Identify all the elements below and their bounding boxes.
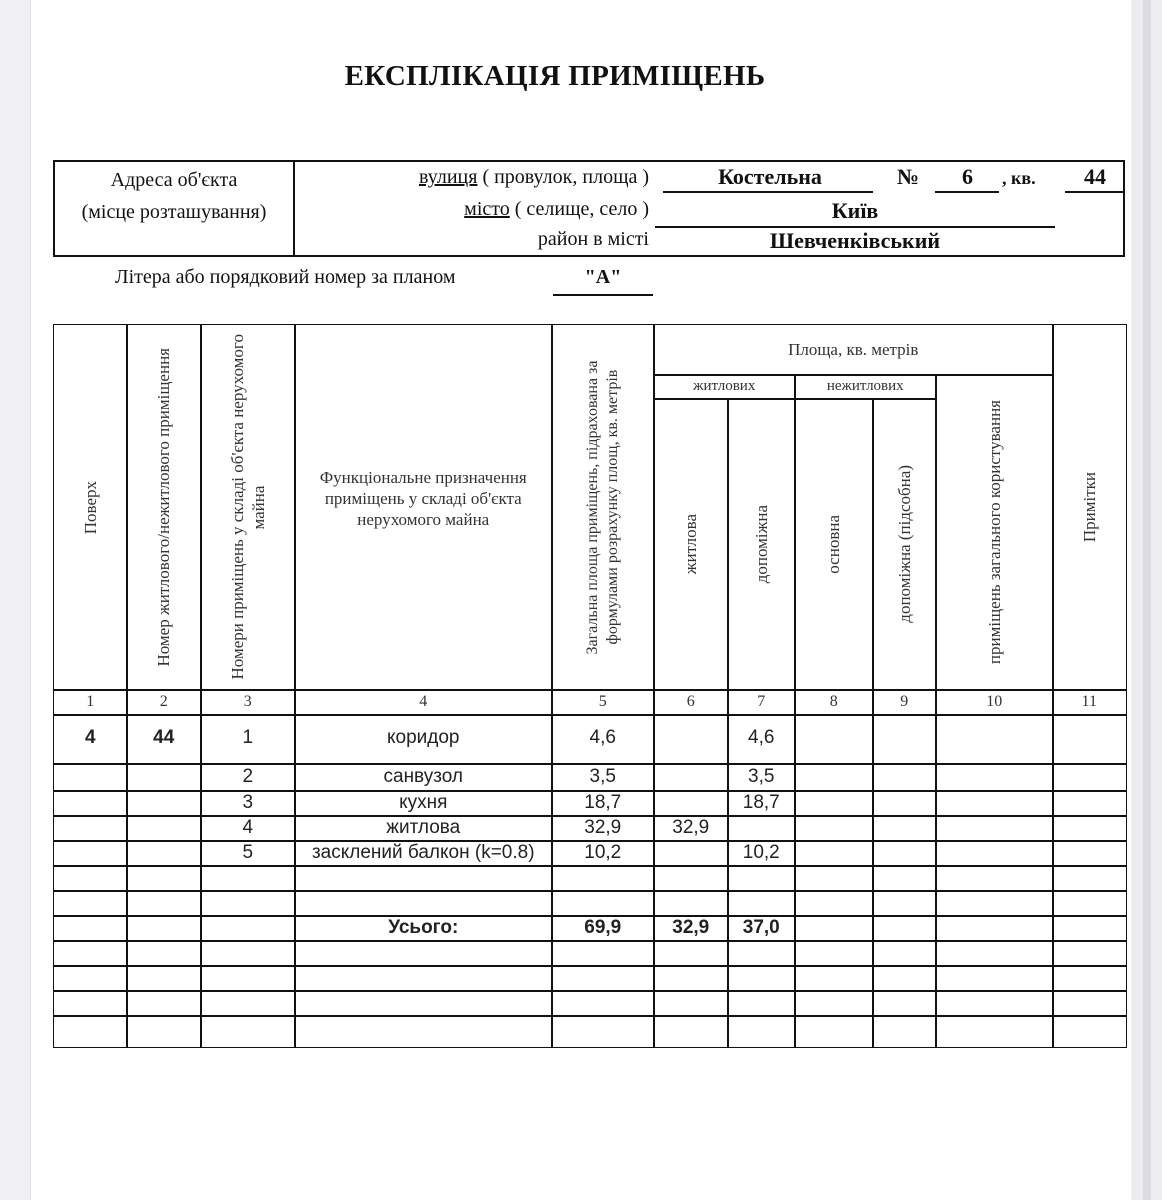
table-row-4-auxiliary <box>727 815 796 842</box>
column-number-7: 7 <box>727 689 796 716</box>
table-row-1-floor-text: 4 <box>85 727 96 749</box>
table-row-12-common <box>935 1015 1054 1048</box>
total-row-notes <box>1052 915 1127 942</box>
header-common-use-text: приміщень загального користування <box>984 400 1005 664</box>
table-row-9-common <box>935 940 1054 967</box>
table-row-2-auxiliary: 3,5 <box>727 763 796 792</box>
column-number-3: 3 <box>200 689 296 716</box>
table-row-9-floor <box>53 940 128 967</box>
table-row-6-notes <box>1052 865 1127 892</box>
table-row-4-total-text: 32,9 <box>584 817 621 839</box>
table-row-6-unit <box>126 865 202 892</box>
table-row-12-total <box>551 1015 655 1048</box>
total-row-auxiliary: 37,0 <box>727 915 796 942</box>
table-row-5-notes <box>1052 840 1127 867</box>
table-row-10-auxiliary <box>727 965 796 992</box>
apartment-value: 44 <box>1065 164 1125 190</box>
total-row-total: 69,9 <box>551 915 655 942</box>
total-row-purpose-text: Усього: <box>388 917 458 939</box>
table-row-6-common <box>935 865 1054 892</box>
table-row-2-common <box>935 763 1054 792</box>
table-row-9-room <box>200 940 296 967</box>
table-row-10-main <box>794 965 874 992</box>
table-row-5-total-text: 10,2 <box>584 842 621 864</box>
table-row-7-unit <box>126 890 202 917</box>
table-row-10-purpose <box>294 965 553 992</box>
table-row-2-floor <box>53 763 128 792</box>
total-row-living: 32,9 <box>653 915 729 942</box>
header-notes: Примітки <box>1052 324 1127 691</box>
table-row-3-room-text: 3 <box>242 792 253 814</box>
district-label: район в місті <box>538 228 649 251</box>
table-row-3-auxiliary: 18,7 <box>727 790 796 817</box>
table-row-7-common <box>935 890 1054 917</box>
table-row-5-floor <box>53 840 128 867</box>
table-row-7-auxiliary <box>727 890 796 917</box>
column-number-9-text: 9 <box>900 693 908 711</box>
header-common-use: приміщень загального користування <box>935 374 1054 691</box>
scrollbar[interactable] <box>1132 0 1162 1200</box>
table-row-3-living <box>653 790 729 817</box>
column-number-11: 11 <box>1052 689 1127 716</box>
address-label: Адреса об'єкта (місце розташування) <box>55 162 295 255</box>
header-notes-text: Примітки <box>1079 472 1100 542</box>
table-row-1-floor: 4 <box>53 714 128 765</box>
table-row-5-main <box>794 840 874 867</box>
table-row-12-utility <box>872 1015 937 1048</box>
apartment-underline <box>1065 191 1123 193</box>
table-row-9-auxiliary <box>727 940 796 967</box>
total-row-auxiliary-text: 37,0 <box>743 917 780 939</box>
column-number-3-text: 3 <box>244 693 252 711</box>
table-row-2-total: 3,5 <box>551 763 655 792</box>
table-row-7-utility <box>872 890 937 917</box>
column-number-11-text: 11 <box>1082 693 1097 711</box>
table-row-10-living <box>653 965 729 992</box>
table-row-5-utility <box>872 840 937 867</box>
table-row-7-purpose <box>294 890 553 917</box>
table-row-3-total-text: 18,7 <box>584 792 621 814</box>
header-area-group-text: Площа, кв. метрів <box>788 339 918 360</box>
table-row-11-notes <box>1052 990 1127 1017</box>
table-row-2-purpose: санвузол <box>294 763 553 792</box>
table-row-7-total <box>551 890 655 917</box>
city-value: Київ <box>655 198 1055 224</box>
header-living: житлова <box>653 398 729 691</box>
table-row-1-auxiliary: 4,6 <box>727 714 796 765</box>
table-row-7-living <box>653 890 729 917</box>
header-living-text: житлова <box>680 514 701 574</box>
header-room-numbers: Номери приміщень у складі об'єкта нерухо… <box>200 324 296 691</box>
table-row-4-common <box>935 815 1054 842</box>
header-area-group: Площа, кв. метрів <box>653 324 1054 376</box>
total-row-main <box>794 915 874 942</box>
table-row-1-living <box>653 714 729 765</box>
table-row-7-floor <box>53 890 128 917</box>
table-row-5-unit <box>126 840 202 867</box>
table-row-6-utility <box>872 865 937 892</box>
table-row-1-notes <box>1052 714 1127 765</box>
table-row-1-auxiliary-text: 4,6 <box>748 727 774 749</box>
table-row-1-room: 1 <box>200 714 296 765</box>
table-row-11-living <box>653 990 729 1017</box>
table-row-3-auxiliary-text: 18,7 <box>743 792 780 814</box>
table-row-1-unit-text: 44 <box>153 727 174 749</box>
header-nonresidential-group-text: нежитлових <box>827 376 904 397</box>
table-row-10-room <box>200 965 296 992</box>
table-row-4-total: 32,9 <box>551 815 655 842</box>
litera-value: "А" <box>553 266 653 289</box>
table-row-1-room-text: 1 <box>242 727 253 749</box>
table-row-2-auxiliary-text: 3,5 <box>748 766 774 788</box>
header-total-area-text: Загальна площа приміщень, підрахована за… <box>583 325 623 690</box>
table-row-3-utility <box>872 790 937 817</box>
table-row-5-auxiliary: 10,2 <box>727 840 796 867</box>
total-row-living-text: 32,9 <box>672 917 709 939</box>
table-row-6-floor <box>53 865 128 892</box>
total-row-floor <box>53 915 128 942</box>
table-row-2-notes <box>1052 763 1127 792</box>
header-purpose: Функціональне призначення приміщень у ск… <box>294 324 553 691</box>
table-row-6-living <box>653 865 729 892</box>
header-purpose-text: Функціональне призначення приміщень у ск… <box>299 467 548 530</box>
column-number-6-text: 6 <box>687 693 695 711</box>
table-row-3-common <box>935 790 1054 817</box>
table-row-12-room <box>200 1015 296 1048</box>
table-row-1-total: 4,6 <box>551 714 655 765</box>
column-number-5: 5 <box>551 689 655 716</box>
column-number-7-text: 7 <box>757 693 765 711</box>
table-row-6-auxiliary <box>727 865 796 892</box>
header-residential-group: житлових <box>653 374 796 400</box>
table-row-12-main <box>794 1015 874 1048</box>
city-label-main: місто <box>464 198 510 220</box>
table-row-1-total-text: 4,6 <box>590 727 616 749</box>
table-row-9-notes <box>1052 940 1127 967</box>
table-row-5-purpose-text: засклений балкон (k=0.8) <box>312 842 535 864</box>
table-row-5-room-text: 5 <box>242 842 253 864</box>
table-row-10-floor <box>53 965 128 992</box>
table-row-1-utility <box>872 714 937 765</box>
table-row-3-floor <box>53 790 128 817</box>
header-total-area: Загальна площа приміщень, підрахована за… <box>551 324 655 691</box>
header-unit-number: Номер житлового/нежитлового приміщення <box>126 324 202 691</box>
table-row-11-common <box>935 990 1054 1017</box>
table-row-1-purpose-text: коридор <box>387 727 460 749</box>
table-row-3-notes <box>1052 790 1127 817</box>
table-row-12-living <box>653 1015 729 1048</box>
table-row-3-unit <box>126 790 202 817</box>
street-label: вулиця ( провулок, площа ) <box>419 166 649 189</box>
header-floor-text: Поверх <box>80 481 101 534</box>
address-block: Адреса об'єкта (місце розташування) вули… <box>53 160 1125 257</box>
table-row-5-common <box>935 840 1054 867</box>
table-row-5-auxiliary-text: 10,2 <box>743 842 780 864</box>
column-number-4-text: 4 <box>419 693 427 711</box>
table-row-6-total <box>551 865 655 892</box>
total-row-common <box>935 915 1054 942</box>
column-number-8-text: 8 <box>830 693 838 711</box>
table-row-4-living-text: 32,9 <box>672 817 709 839</box>
table-row-2-total-text: 3,5 <box>590 766 616 788</box>
table-row-4-main <box>794 815 874 842</box>
table-row-2-room-text: 2 <box>242 766 253 788</box>
table-row-5-room: 5 <box>200 840 296 867</box>
header-auxiliary-text: допоміжна <box>751 505 772 583</box>
header-main: основна <box>794 398 874 691</box>
table-row-4-room: 4 <box>200 815 296 842</box>
table-row-11-floor <box>53 990 128 1017</box>
table-row-4-floor <box>53 815 128 842</box>
total-row-purpose: Усього: <box>294 915 553 942</box>
table-row-11-unit <box>126 990 202 1017</box>
header-room-numbers-text: Номери приміщень у складі об'єкта нерухо… <box>227 325 269 690</box>
table-row-3-total: 18,7 <box>551 790 655 817</box>
column-number-4: 4 <box>294 689 553 716</box>
header-utility-text: допоміжна (підсобна) <box>894 465 915 623</box>
table-row-2-main <box>794 763 874 792</box>
table-row-9-unit <box>126 940 202 967</box>
table-row-5-total: 10,2 <box>551 840 655 867</box>
column-number-2: 2 <box>126 689 202 716</box>
table-row-1-unit: 44 <box>126 714 202 765</box>
header-auxiliary: допоміжна <box>727 398 796 691</box>
street-label-rest: ( провулок, площа ) <box>477 166 649 188</box>
address-label-line2: (місце розташування) <box>55 196 293 228</box>
table-row-9-living <box>653 940 729 967</box>
city-label-rest: ( селище, село ) <box>510 198 649 220</box>
table-row-7-main <box>794 890 874 917</box>
number-label: № <box>893 164 923 190</box>
table-row-12-auxiliary <box>727 1015 796 1048</box>
column-number-5-text: 5 <box>599 693 607 711</box>
table-row-4-room-text: 4 <box>242 817 253 839</box>
table-row-3-room: 3 <box>200 790 296 817</box>
table-row-5-purpose: засклений балкон (k=0.8) <box>294 840 553 867</box>
table-row-10-common <box>935 965 1054 992</box>
district-value: Шевченківський <box>655 228 1055 254</box>
table-row-6-room <box>200 865 296 892</box>
column-number-8: 8 <box>794 689 874 716</box>
table-row-11-room <box>200 990 296 1017</box>
table-row-2-unit <box>126 763 202 792</box>
table-row-11-main <box>794 990 874 1017</box>
table-row-11-purpose <box>294 990 553 1017</box>
table-row-10-total <box>551 965 655 992</box>
header-floor: Поверх <box>53 324 128 691</box>
table-row-12-notes <box>1052 1015 1127 1048</box>
column-number-9: 9 <box>872 689 937 716</box>
table-row-4-living: 32,9 <box>653 815 729 842</box>
address-label-line1: Адреса об'єкта <box>55 164 293 196</box>
table-row-7-room <box>200 890 296 917</box>
table-row-2-purpose-text: санвузол <box>384 766 463 788</box>
table-row-12-floor <box>53 1015 128 1048</box>
table-row-6-purpose <box>294 865 553 892</box>
table-row-2-utility <box>872 763 937 792</box>
table-row-12-purpose <box>294 1015 553 1048</box>
scrollbar-track[interactable] <box>1143 0 1151 1200</box>
table-row-1-main <box>794 714 874 765</box>
table-row-3-main <box>794 790 874 817</box>
header-nonresidential-group: нежитлових <box>794 374 937 400</box>
table-row-1-purpose: коридор <box>294 714 553 765</box>
street-label-main: вулиця <box>419 166 477 188</box>
column-number-10-text: 10 <box>986 693 1002 711</box>
apartment-label: , кв. <box>1002 168 1036 189</box>
table-row-4-unit <box>126 815 202 842</box>
table-row-3-purpose-text: кухня <box>399 792 447 814</box>
table-row-2-living <box>653 763 729 792</box>
table-row-11-auxiliary <box>727 990 796 1017</box>
table-row-4-utility <box>872 815 937 842</box>
total-row-unit <box>126 915 202 942</box>
litera-label: Літера або порядковий номер за планом <box>115 266 455 289</box>
table-row-12-unit <box>126 1015 202 1048</box>
number-value: 6 <box>935 164 1000 190</box>
document-title: ЕКСПЛІКАЦІЯ ПРИМІЩЕНЬ <box>0 60 1110 93</box>
table-row-11-utility <box>872 990 937 1017</box>
table-row-5-living <box>653 840 729 867</box>
column-number-2-text: 2 <box>160 693 168 711</box>
table-row-10-notes <box>1052 965 1127 992</box>
table-row-9-total <box>551 940 655 967</box>
header-residential-group-text: житлових <box>693 376 755 397</box>
litera-underline <box>553 294 653 296</box>
table-row-9-main <box>794 940 874 967</box>
column-number-1-text: 1 <box>86 693 94 711</box>
table-row-4-purpose: житлова <box>294 815 553 842</box>
table-row-4-purpose-text: житлова <box>386 817 460 839</box>
table-row-3-purpose: кухня <box>294 790 553 817</box>
total-row-room <box>200 915 296 942</box>
column-number-1: 1 <box>53 689 128 716</box>
table-row-6-main <box>794 865 874 892</box>
table-row-2-room: 2 <box>200 763 296 792</box>
table-row-9-utility <box>872 940 937 967</box>
table-row-7-notes <box>1052 890 1127 917</box>
header-unit-number-text: Номер житлового/нежитлового приміщення <box>153 348 174 667</box>
table-row-1-common <box>935 714 1054 765</box>
header-main-text: основна <box>823 515 844 574</box>
table-row-11-total <box>551 990 655 1017</box>
column-number-10: 10 <box>935 689 1054 716</box>
table-row-10-unit <box>126 965 202 992</box>
table-row-4-notes <box>1052 815 1127 842</box>
street-value: Костельна <box>660 164 880 190</box>
total-row-utility <box>872 915 937 942</box>
table-row-10-utility <box>872 965 937 992</box>
table-row-9-purpose <box>294 940 553 967</box>
total-row-total-text: 69,9 <box>584 917 621 939</box>
number-underline <box>935 191 999 193</box>
city-label: місто ( селище, село ) <box>464 198 649 221</box>
street-underline <box>663 191 873 193</box>
column-number-6: 6 <box>653 689 729 716</box>
header-utility: допоміжна (підсобна) <box>872 398 937 691</box>
